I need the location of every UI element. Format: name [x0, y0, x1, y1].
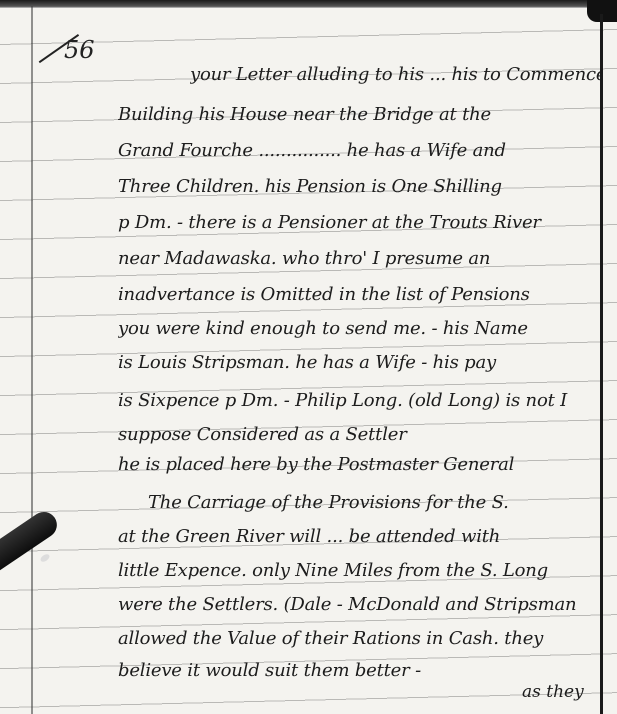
text-line: is Louis Stripsman. he has a Wife - his … — [118, 352, 598, 373]
text-line: Building his House near the Bridge at th… — [118, 104, 598, 125]
text-line: inadvertance is Omitted in the list of P… — [118, 284, 598, 305]
catchword: as they — [522, 682, 584, 702]
text-line: is Sixpence p Dm. - Philip Long. (old Lo… — [118, 384, 598, 454]
scan-top-edge — [0, 0, 617, 8]
text-line: your Letter alluding to his ... his to C… — [190, 64, 600, 85]
text-line: allowed the Value of their Rations in Ca… — [118, 628, 598, 649]
text-line: Three Children. his Pension is One Shill… — [118, 176, 598, 197]
text-line: at the Green River will ... be attended … — [118, 526, 598, 547]
left-margin-rule — [31, 6, 33, 714]
text-line: you were kind enough to send me. - his N… — [118, 318, 598, 339]
text-line: were the Settlers. (Dale - McDonald and … — [118, 594, 598, 615]
text-line: believe it would suit them better - — [118, 660, 598, 681]
right-margin-rule — [600, 14, 603, 714]
text-line: little Expence. only Nine Miles from the… — [118, 560, 598, 581]
text-line: he is placed here by the Postmaster Gene… — [118, 454, 598, 475]
text-line: near Madawaska. who thro' I presume an — [118, 248, 598, 269]
text-line: Grand Fourche ............... he has a W… — [118, 140, 598, 161]
text-line: The Carriage of the Provisions for the S… — [148, 492, 600, 513]
text-line: p Dm. - there is a Pensioner at the Trou… — [118, 212, 598, 233]
